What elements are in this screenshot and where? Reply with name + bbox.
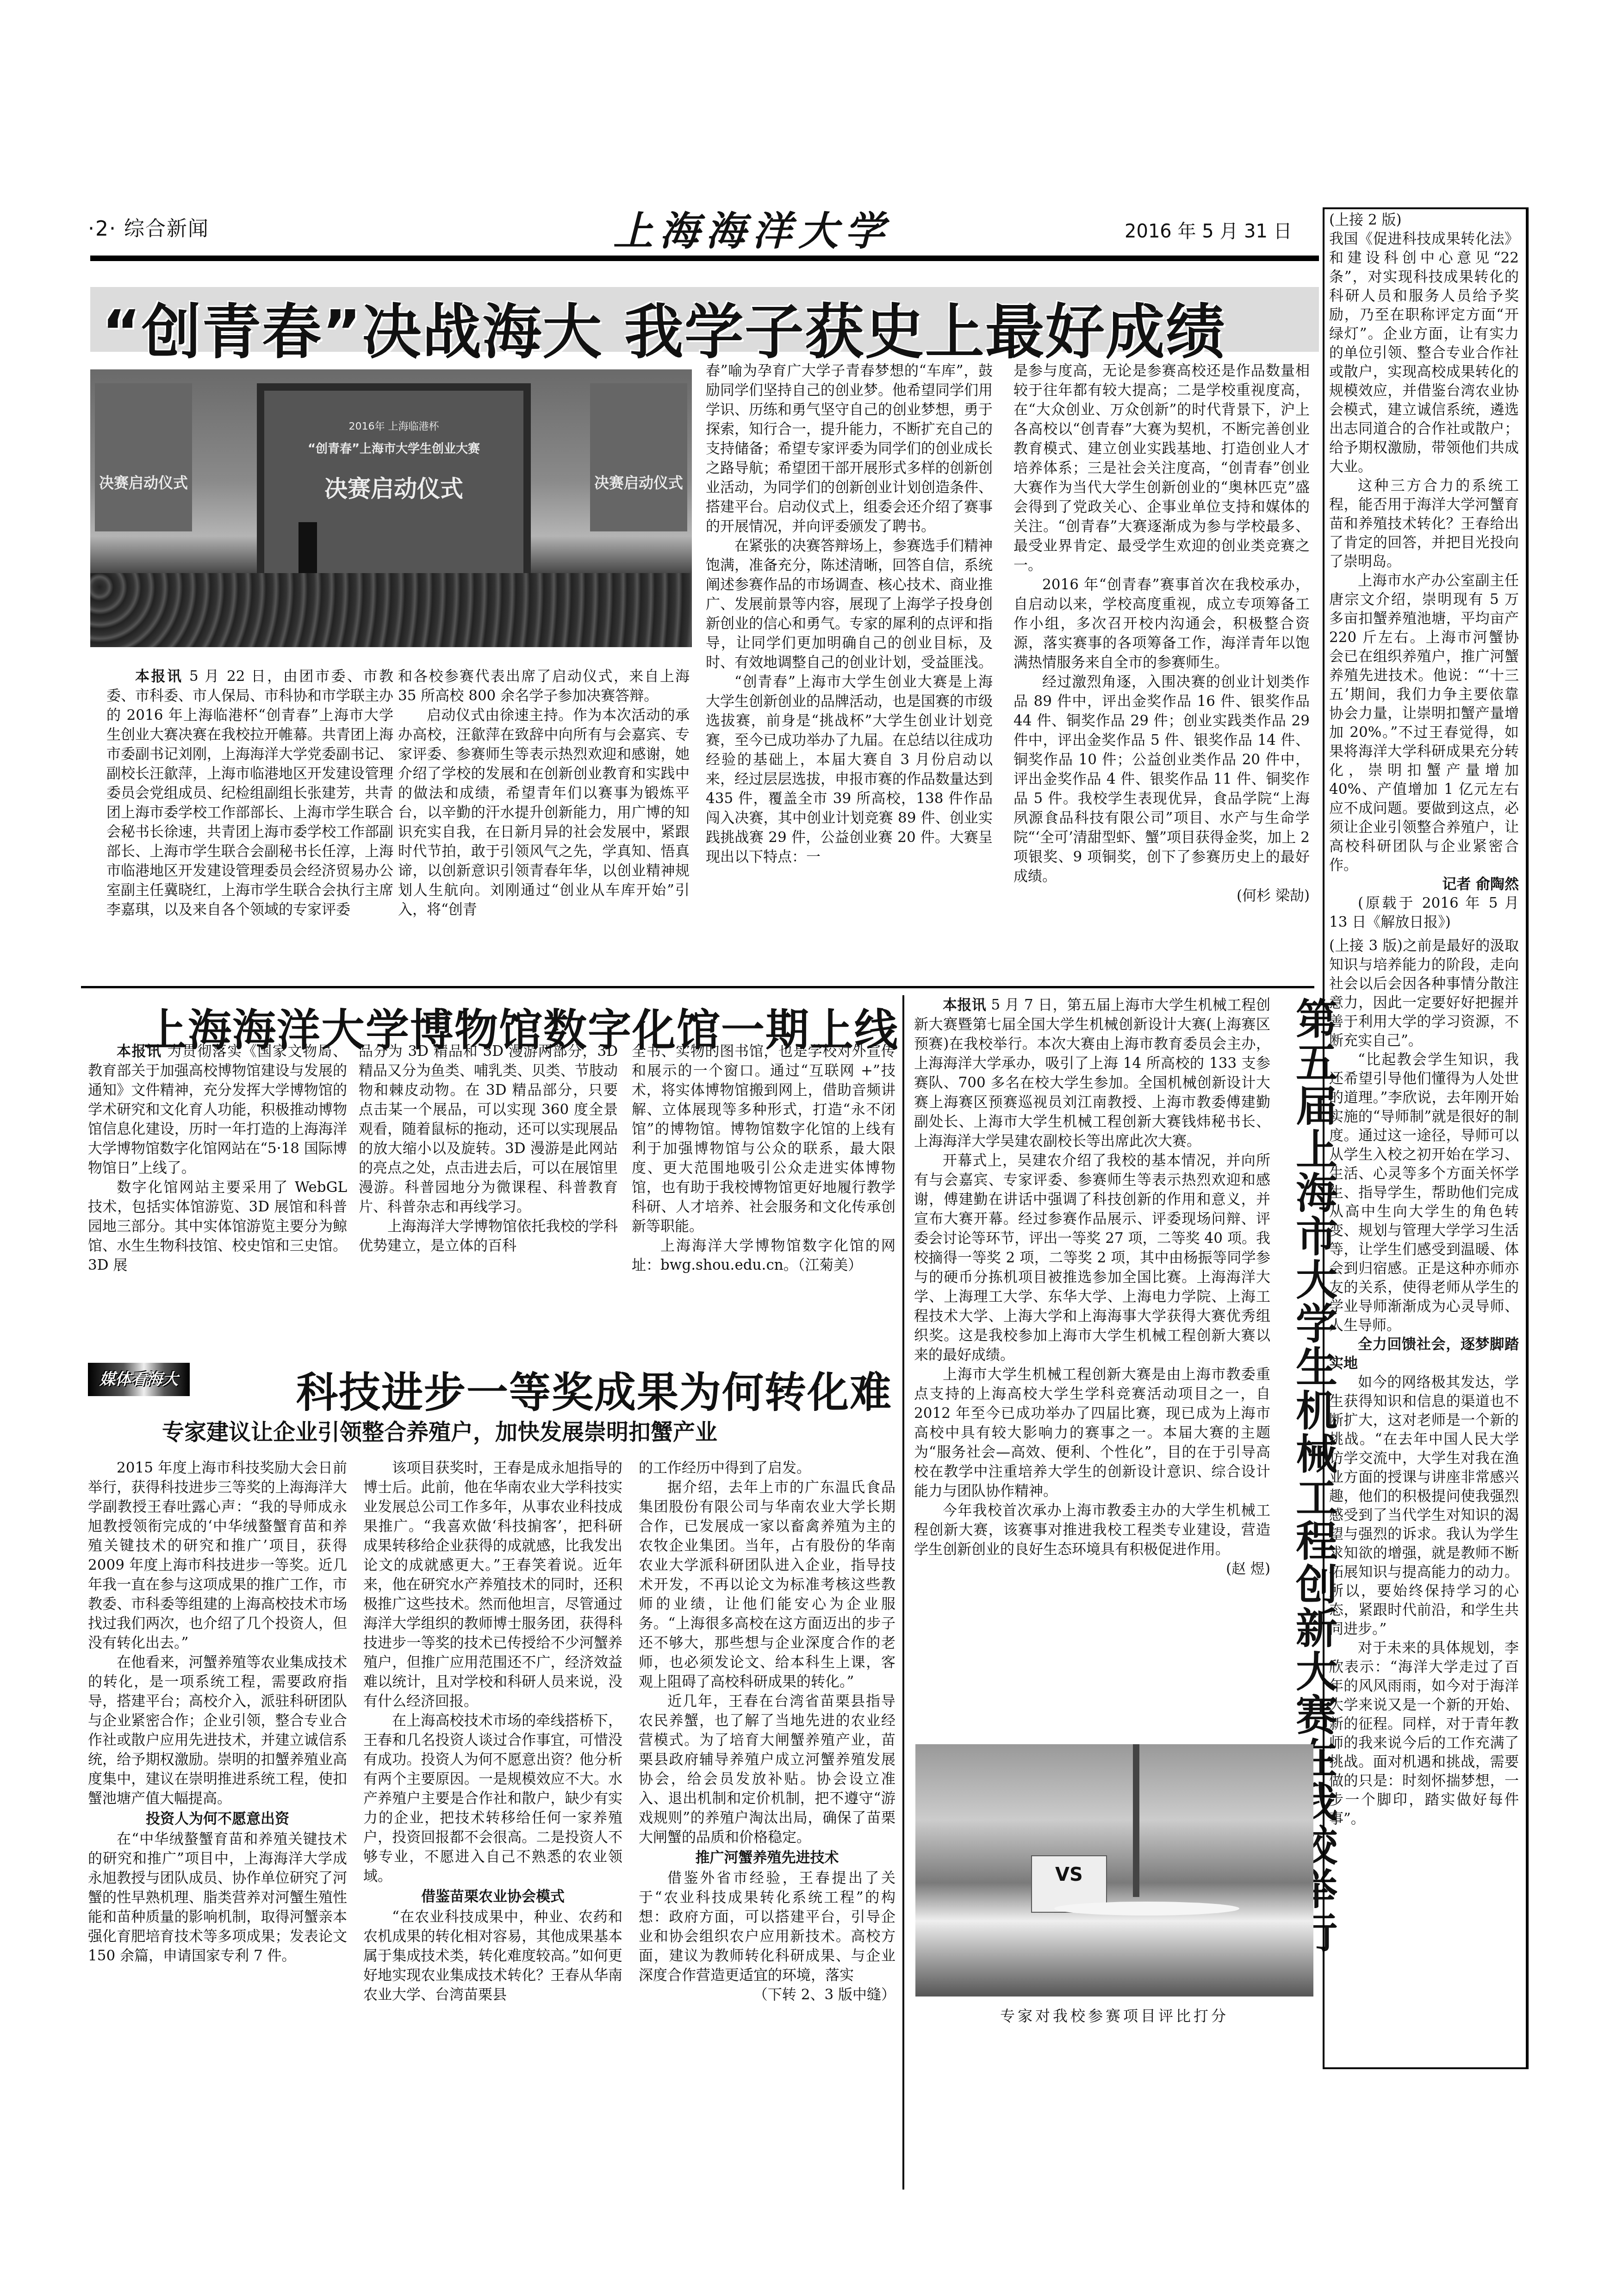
media-subheadline: 专家建议让企业引领整合养殖户，加快发展崇明扣蟹产业 [162,1414,717,1446]
museum-col2: 品分为 3D 精品和 3D 漫游两部分，3D 精品又分为鱼类、哺乳类、贝类、节肢… [359,1042,618,1255]
media-subhead-3: 推广河蟹养殖先进技术 [639,1848,895,1867]
mech-byline: (赵 煜) [914,1559,1270,1578]
right-side-screen: 决赛启动仪式 [590,383,687,531]
lead-story-col2: 和各校参赛代表出席了启动仪式，来自上海 35 所高校 800 余名学子参加决赛答… [398,667,690,919]
museum-col3: 全书、实物的图书馆，也是学校对外宣传和展示的一个窗口。通过“互联网 +”技术，将… [632,1042,895,1275]
photo-caption: 专家对我校参赛项目评比打分 [915,2004,1313,2026]
masthead-rule [90,256,1319,261]
media-section-badge: 媒体看海大 [88,1363,190,1396]
competition-photo: VS [915,1744,1313,1997]
lead-story-col3: 春”喻为孕育广大学子青春梦想的“车库”，鼓励同学们坚持自己的创业梦。他希望同学们… [706,361,993,867]
media-col2: 该项目获奖时，王春是成永旭指导的博士后。此前，他在华南农业大学科技实业发展总公司… [363,1458,622,2004]
lead-headline: “创青春”决战海大 我学子获史上最好成绩 [102,285,1314,370]
lead-screw [1133,1744,1139,1897]
section-divider [907,986,1314,988]
mech-story-text: 本报讯 5 月 7 日，第五届上海市大学生机械工程创新大赛暨第七届全国大学生机械… [914,995,1270,1578]
media-headline: 科技进步一等奖成果为何转化难 [296,1359,892,1419]
left-side-screen: 决赛启动仪式 [95,383,192,531]
media-col1: 2015 年度上海市科技奖励大会日前举行，获得科技进步三等奖的上海海洋大学副教授… [88,1458,347,1965]
newspaper-nameplate: 上海海洋大学 [613,199,891,256]
issue-date: 2016 年 5 月 31 日 [1125,217,1292,243]
continued-from-label: (上接 2 版) [1329,211,1519,230]
lead-byline: (何杉 梁劼) [1014,886,1310,905]
podium [298,522,317,578]
page-section-label: ·2· 综合新闻 [88,212,209,242]
lead-story-col4: 是参与度高，无论是参赛高校还是作品数量相较于往年都有较大提高；二是学校重视度高，… [1014,361,1310,905]
section-divider [81,986,909,988]
sidebar-subhead: 全力回馈社会，逐梦脚踏实地 [1329,1335,1519,1373]
lead-story-col1: 本报讯 5 月 22 日，由团市委、市教委、市科委、市人保局、市科协和市学联主办… [106,667,393,919]
sidebar-source: (原载于 2016 年 5 月 13 日《解放日报》) [1329,894,1519,932]
column-divider [902,995,904,2190]
dateline: 本报讯 [135,668,183,685]
media-col3: 的工作经历中得到了启发。 据介绍，去年上市的广东温氏食品集团股份有限公司与华南农… [639,1458,895,2004]
robot-arm [1054,1902,1239,1915]
stage-screen: 2016年 上海临港杯 “创青春”上海市大学生创业大赛 决赛启动仪式 [257,383,531,602]
museum-col1: 本报讯 为贯彻落实《国家文物局、教育部关于加强高校博物馆建设与发展的通知》文件精… [88,1042,347,1275]
media-subhead-2: 借鉴苗栗农业协会模式 [363,1887,622,1906]
ceremony-photo: 决赛启动仪式 2016年 上海临港杯 “创青春”上海市大学生创业大赛 决赛启动仪… [90,369,692,647]
sidebar-reporter: 记者 俞陶然 [1329,875,1519,894]
media-subhead-1: 投资人为何不愿意出资 [88,1809,347,1828]
sidebar-text: (上接 2 版) 我国《促进科技成果转化法》和建设科创中心意见“22 条”，对实… [1329,211,1519,1828]
audience [90,573,692,647]
continued-note: （下转 2、3 版中缝） [639,1985,895,2004]
